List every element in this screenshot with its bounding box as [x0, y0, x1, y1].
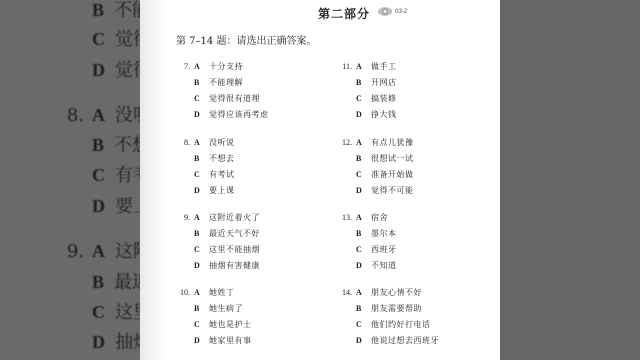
option-c: C准备开始做: [334, 166, 414, 182]
option-c: C西班牙: [334, 241, 397, 257]
option-a: 11.A做手工: [334, 58, 397, 74]
section-title: 第二部分: [318, 5, 370, 22]
option-d: D觉得不可能: [334, 182, 414, 198]
option-d: D觉得应该再考虑: [172, 106, 269, 122]
option-c: C这里不能抽烟: [172, 241, 260, 257]
option-b: B很想试一试: [334, 150, 414, 166]
option-b: B不能理解: [172, 74, 269, 90]
option-d: D他说过想去西班牙: [334, 332, 439, 348]
question-9: 9.A这附近着火了 B最近天气不好 C这里不能抽烟 D抽烟有害健康: [172, 209, 260, 273]
option-c: C他们约好打电话: [334, 316, 439, 332]
audio-track: 03-2: [378, 7, 407, 16]
option-c: C她也是护士: [172, 316, 252, 332]
option-b: B开网店: [334, 74, 397, 90]
option-a: 14.A朋友心情不好: [334, 284, 439, 300]
question-14: 14.A朋友心情不好 B朋友需要帮助 C他们约好打电话 D他说过想去西班牙: [334, 284, 439, 348]
question-7: 7.A十分支持 B不能理解 C觉得很有道理 D觉得应该再考虑: [172, 58, 269, 122]
option-d: D要上课: [172, 182, 235, 198]
option-c: C觉得很有道理: [172, 90, 269, 106]
bg-row: C觉得: [62, 25, 140, 51]
exam-page: 第二部分 03-2 第 7–14 题：请选出正确答案。 7.A十分支持 B不能理…: [140, 0, 500, 360]
question-11: 11.A做手工 B开网店 C搞装修 D挣大钱: [334, 58, 397, 122]
bg-row: B不想: [62, 131, 140, 157]
instruction-text: 第 7–14 题：请选出正确答案。: [176, 32, 316, 47]
option-b: B她生病了: [172, 300, 252, 316]
question-8: 8.A没听说 B不想去 C有考试 D要上课: [172, 134, 235, 198]
question-12: 12.A有点儿犹豫 B很想试一试 C准备开始做 D觉得不可能: [334, 134, 414, 198]
bg-row: 8.A没听: [62, 101, 140, 127]
option-c: C有考试: [172, 166, 235, 182]
option-b: B墨尔本: [334, 225, 397, 241]
bg-row: D要上: [62, 192, 140, 218]
background-zoomed-page: B不能 C觉得 D觉得 8.A没听 B不想 C有考 D要上 9.A这附 B最近 …: [0, 0, 140, 360]
cd-audio-icon: [378, 7, 392, 16]
background-right-panel: [500, 0, 640, 360]
option-d: D她家里有事: [172, 332, 252, 348]
track-label: 03-2: [395, 9, 407, 15]
bg-row: D觉得: [62, 56, 140, 82]
option-a: 13.A宿舍: [334, 209, 397, 225]
option-a: 7.A十分支持: [172, 58, 269, 74]
option-a: 10.A她姓丁: [172, 284, 252, 300]
option-d: D挣大钱: [334, 106, 397, 122]
bg-row: B最近: [62, 268, 140, 294]
bg-row: B不能: [62, 0, 140, 22]
question-10: 10.A她姓丁 B她生病了 C她也是护士 D她家里有事: [172, 284, 252, 348]
option-a: 12.A有点儿犹豫: [334, 134, 414, 150]
option-b: B朋友需要帮助: [334, 300, 439, 316]
option-d: D不知道: [334, 257, 397, 273]
option-c: C搞装修: [334, 90, 397, 106]
option-b: B最近天气不好: [172, 225, 260, 241]
option-a: 8.A没听说: [172, 134, 235, 150]
bg-row: 9.A这附: [62, 237, 140, 263]
option-d: D抽烟有害健康: [172, 257, 260, 273]
question-13: 13.A宿舍 B墨尔本 C西班牙 D不知道: [334, 209, 397, 273]
bg-row: D抽烟: [62, 328, 140, 354]
bg-row: C有考: [62, 161, 140, 187]
option-b: B不想去: [172, 150, 235, 166]
page-edge-shadow: [140, 0, 168, 360]
option-a: 9.A这附近着火了: [172, 209, 260, 225]
bg-row: C这里: [62, 298, 140, 324]
